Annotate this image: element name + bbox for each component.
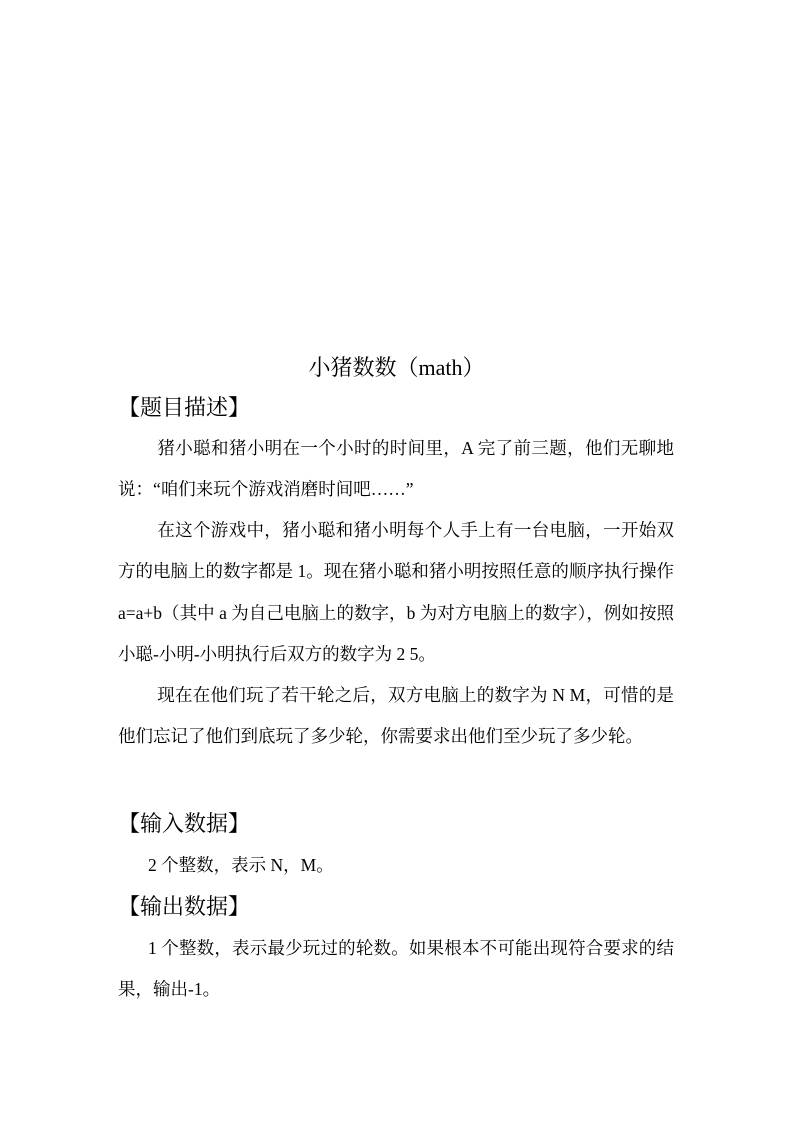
paragraph-text: 猪小聪和猪小明在一个小时的时间里，A 完了前三题，他们无聊地说：“咱们来玩个游戏… <box>118 438 674 499</box>
output-paragraph: 1 个整数，表示最少玩过的轮数。如果根本不可能出现符合要求的结果，输出-1。 <box>118 928 674 1011</box>
description-paragraph-1: 猪小聪和猪小明在一个小时的时间里，A 完了前三题，他们无聊地说：“咱们来玩个游戏… <box>118 428 674 511</box>
document-page: 小猪数数（math） 【题目描述】 猪小聪和猪小明在一个小时的时间里，A 完了前… <box>0 0 793 1122</box>
section-heading-output: 【输出数据】 <box>118 891 250 923</box>
paragraph-text: 现在在他们玩了若干轮之后，双方电脑上的数字为 N M，可惜的是他们忘记了他们到底… <box>118 685 674 746</box>
input-paragraph: 2 个整数，表示 N，M。 <box>118 845 674 886</box>
paragraph-text: 1 个整数，表示最少玩过的轮数。如果根本不可能出现符合要求的结果，输出-1。 <box>118 938 674 999</box>
paragraph-text: 2 个整数，表示 N，M。 <box>148 855 334 875</box>
section-heading-description: 【题目描述】 <box>118 392 250 424</box>
section-heading-input: 【输入数据】 <box>118 808 250 840</box>
paragraph-text: 在这个游戏中，猪小聪和猪小明每个人手上有一台电脑，一开始双方的电脑上的数字都是 … <box>118 520 674 664</box>
description-paragraph-2: 在这个游戏中，猪小聪和猪小明每个人手上有一台电脑，一开始双方的电脑上的数字都是 … <box>118 510 674 675</box>
description-paragraph-3: 现在在他们玩了若干轮之后，双方电脑上的数字为 N M，可惜的是他们忘记了他们到底… <box>118 675 674 758</box>
page-title: 小猪数数（math） <box>0 352 793 384</box>
